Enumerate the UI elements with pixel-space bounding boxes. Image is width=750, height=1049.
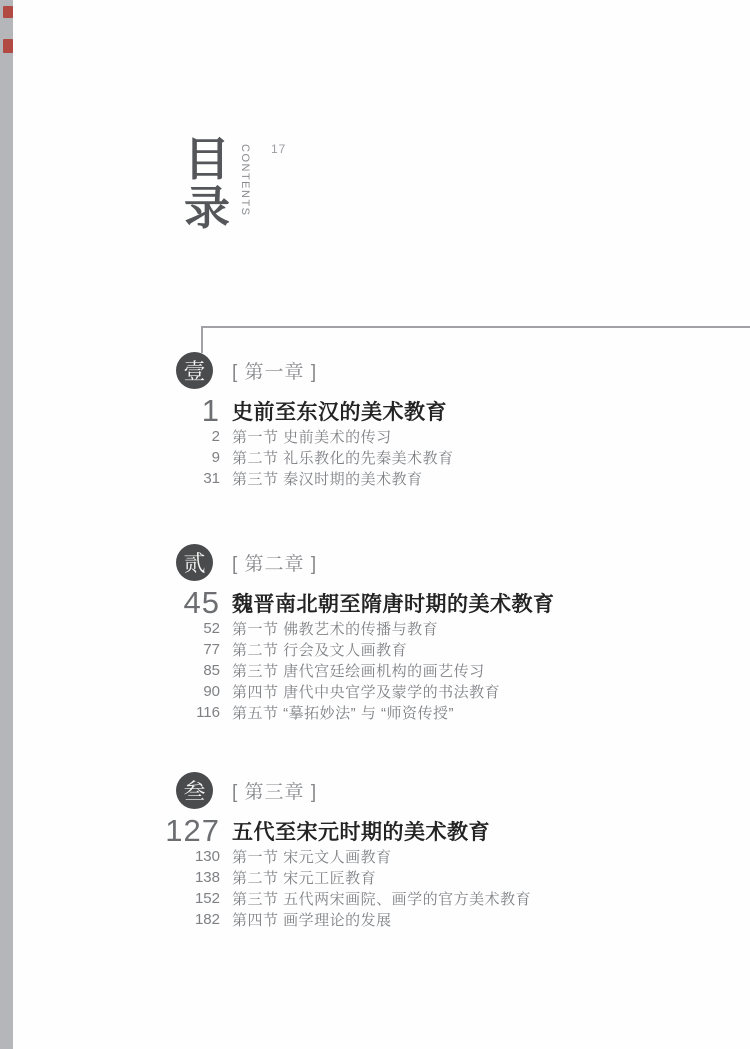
toc-entry: 85 第三节 唐代宫廷绘画机构的画艺传习	[140, 660, 720, 681]
chapter-badge-row: 贰 [ 第二章 ]	[140, 544, 720, 581]
toc-entry-page-number: 9	[140, 449, 220, 466]
chapter-number-badge: 壹	[176, 352, 213, 389]
chapter-title: 史前至东汉的美术教育	[232, 396, 447, 426]
toc-entry-page-number: 52	[140, 620, 220, 637]
toc-entry: 2 第一节 史前美术的传习	[140, 426, 720, 447]
chapter-page-number: 45	[140, 585, 220, 621]
toc-entry-page-number: 130	[140, 848, 220, 865]
toc-entry-title: 第三节 唐代宫廷绘画机构的画艺传习	[232, 660, 485, 681]
toc-title-chinese: 目 录	[180, 135, 234, 233]
divider-line-horizontal	[201, 326, 750, 328]
toc-page: 目 录 CONTENTS 17 壹 [ 第一章 ] 1 史前至东汉的美术教育 2…	[0, 0, 750, 1049]
toc-entry-title: 第一节 佛教艺术的传播与教育	[232, 618, 438, 639]
red-edge-mark-bottom	[3, 39, 13, 53]
chapter-badge-row: 壹 [ 第一章 ]	[140, 352, 720, 389]
toc-entry: 77 第二节 行会及文人画教育	[140, 639, 720, 660]
chapter-page-number: 127	[140, 813, 220, 849]
toc-entry-page-number: 90	[140, 683, 220, 700]
chapter-title: 五代至宋元时期的美术教育	[232, 816, 490, 846]
toc-entry-title: 第五节 “摹拓妙法” 与 “师资传授”	[232, 702, 454, 723]
toc-entry: 152 第三节 五代两宋画院、画学的官方美术教育	[140, 888, 720, 909]
chapter-badge-numeral: 壹	[183, 355, 205, 386]
toc-entry-title: 第三节 五代两宋画院、画学的官方美术教育	[232, 888, 531, 909]
chapter-title: 魏晋南北朝至隋唐时期的美术教育	[232, 588, 555, 618]
toc-entry-title: 第三节 秦汉时期的美术教育	[232, 468, 423, 489]
toc-entry-title: 第二节 宋元工匠教育	[232, 867, 376, 888]
toc-entry-page-number: 116	[140, 704, 220, 721]
toc-entry-page-number: 31	[140, 470, 220, 487]
page-edge-strip	[0, 0, 13, 1049]
toc-entry: 9 第二节 礼乐教化的先秦美术教育	[140, 447, 720, 468]
chapter-block: 叁 [ 第三章 ] 127 五代至宋元时期的美术教育 130 第一节 宋元文人画…	[140, 772, 720, 930]
toc-entry-title: 第四节 唐代中央官学及蒙学的书法教育	[232, 681, 500, 702]
chapter-sections: 2 第一节 史前美术的传习 9 第二节 礼乐教化的先秦美术教育 31 第三节 秦…	[140, 426, 720, 489]
toc-entry-title: 第一节 宋元文人画教育	[232, 846, 392, 867]
chapter-badge-numeral: 叁	[183, 775, 205, 806]
toc-entry-title: 第二节 礼乐教化的先秦美术教育	[232, 447, 454, 468]
toc-entry: 182 第四节 画学理论的发展	[140, 909, 720, 930]
toc-entry: 52 第一节 佛教艺术的传播与教育	[140, 618, 720, 639]
chapter-bracket-label: [ 第三章 ]	[232, 777, 317, 804]
toc-entry-page-number: 182	[140, 911, 220, 928]
chapter-badge-row: 叁 [ 第三章 ]	[140, 772, 720, 809]
toc-entry-title: 第四节 画学理论的发展	[232, 909, 392, 930]
toc-entry-page-number: 138	[140, 869, 220, 886]
toc-entry-title: 第一节 史前美术的传习	[232, 426, 392, 447]
chapter-title-row: 127 五代至宋元时期的美术教育	[140, 818, 720, 844]
chapter-badge-numeral: 贰	[183, 547, 205, 578]
toc-title-char-2: 录	[180, 184, 234, 233]
toc-entry: 31 第三节 秦汉时期的美术教育	[140, 468, 720, 489]
toc-entry-page-number: 152	[140, 890, 220, 907]
chapter-block: 壹 [ 第一章 ] 1 史前至东汉的美术教育 2 第一节 史前美术的传习 9 第…	[140, 352, 720, 489]
toc-entry: 90 第四节 唐代中央官学及蒙学的书法教育	[140, 681, 720, 702]
toc-entry: 130 第一节 宋元文人画教育	[140, 846, 720, 867]
toc-title-english: CONTENTS	[239, 144, 251, 217]
chapter-bracket-label: [ 第一章 ]	[232, 357, 317, 384]
chapter-title-row: 1 史前至东汉的美术教育	[140, 398, 720, 424]
toc-title-char-1: 目	[180, 135, 234, 184]
chapter-sections: 130 第一节 宋元文人画教育 138 第二节 宋元工匠教育 152 第三节 五…	[140, 846, 720, 930]
chapter-bracket-label: [ 第二章 ]	[232, 549, 317, 576]
toc-entry: 116 第五节 “摹拓妙法” 与 “师资传授”	[140, 702, 720, 723]
chapter-title-row: 45 魏晋南北朝至隋唐时期的美术教育	[140, 590, 720, 616]
toc-entry-page-number: 77	[140, 641, 220, 658]
toc-entry-title: 第二节 行会及文人画教育	[232, 639, 407, 660]
chapter-block: 贰 [ 第二章 ] 45 魏晋南北朝至隋唐时期的美术教育 52 第一节 佛教艺术…	[140, 544, 720, 723]
page-number: 17	[271, 142, 286, 156]
chapter-page-number: 1	[140, 393, 220, 429]
toc-entry: 138 第二节 宋元工匠教育	[140, 867, 720, 888]
divider-line-connector	[201, 326, 203, 353]
chapter-sections: 52 第一节 佛教艺术的传播与教育 77 第二节 行会及文人画教育 85 第三节…	[140, 618, 720, 723]
red-edge-mark-top	[3, 6, 13, 18]
toc-entry-page-number: 85	[140, 662, 220, 679]
toc-entry-page-number: 2	[140, 428, 220, 445]
chapter-number-badge: 叁	[176, 772, 213, 809]
chapter-number-badge: 贰	[176, 544, 213, 581]
